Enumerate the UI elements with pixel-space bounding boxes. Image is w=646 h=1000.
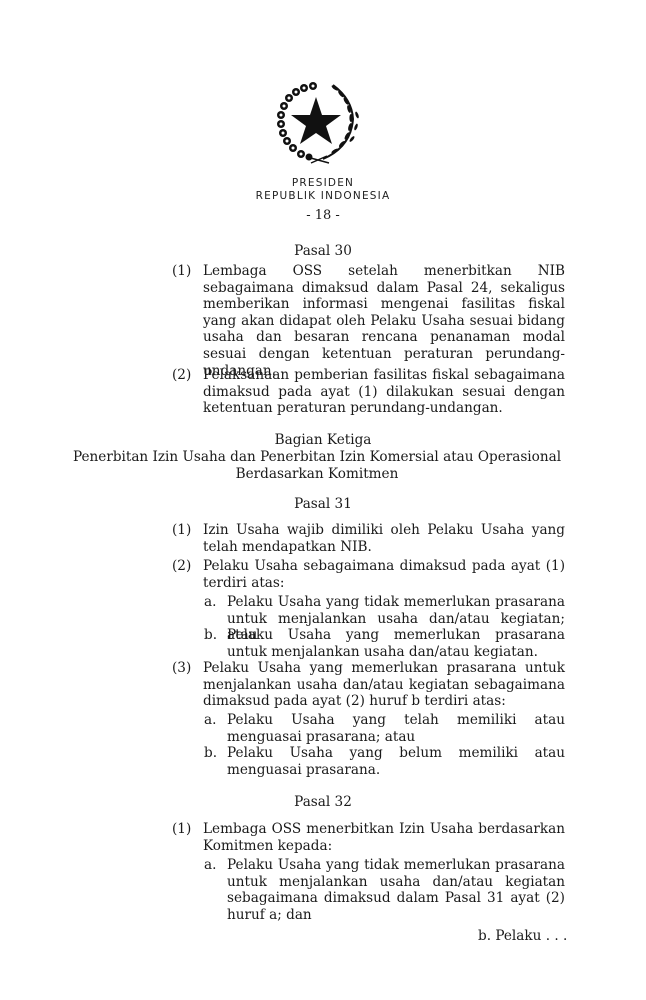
pasal-31-ayat-3-item-b-text: Pelaku Usaha yang belum memiliki atau me… (227, 745, 565, 778)
pasal-31-ayat-1-number: (1) (172, 522, 191, 538)
pasal-30-title: Pasal 30 (0, 243, 646, 259)
pasal-31-ayat-3-item-a-label: a. (204, 712, 216, 728)
pasal-31-ayat-3-number: (3) (172, 660, 191, 676)
pasal-32-ayat-1-text: Lembaga OSS menerbitkan Izin Usaha berda… (203, 821, 565, 854)
pasal-30-ayat-2-number: (2) (172, 367, 191, 383)
pasal-30-ayat-1-number: (1) (172, 263, 191, 279)
pasal-31-title: Pasal 31 (0, 496, 646, 512)
pasal-31-ayat-2-item-b-label: b. (204, 627, 217, 643)
pasal-31-ayat-2-item-b-text: Pelaku Usaha yang memerlukan prasarana u… (227, 627, 565, 660)
pasal-31-ayat-2-text: Pelaku Usaha sebagaimana dimaksud pada a… (203, 558, 565, 591)
pasal-32-ayat-1-item-a-label: a. (204, 857, 216, 873)
pasal-30-ayat-2-text: Pelaksanaan pemberian fasilitas fiskal s… (203, 367, 565, 417)
page-continuation: b. Pelaku . . . (478, 928, 567, 944)
header-presiden: PRESIDEN (0, 177, 646, 189)
bagian-subtitle-line2: Berdasarkan Komitmen (0, 466, 640, 482)
pasal-31-ayat-3-item-a-text: Pelaku Usaha yang telah memiliki atau me… (227, 712, 565, 745)
pasal-32-ayat-1-item-a-text: Pelaku Usaha yang tidak memerlukan prasa… (227, 857, 565, 923)
pasal-31-ayat-1-text: Izin Usaha wajib dimiliki oleh Pelaku Us… (203, 522, 565, 555)
pasal-32-title: Pasal 32 (0, 794, 646, 810)
pasal-31-ayat-2-number: (2) (172, 558, 191, 574)
garuda-emblem-icon (271, 77, 361, 167)
pasal-32-ayat-1-number: (1) (172, 821, 191, 837)
pasal-30-ayat-1-text: Lembaga OSS setelah menerbitkan NIB seba… (203, 263, 565, 379)
bagian-subtitle-line1: Penerbitan Izin Usaha dan Penerbitan Izi… (0, 449, 640, 465)
pasal-31-ayat-3-text: Pelaku Usaha yang memerlukan prasarana u… (203, 660, 565, 710)
header-republik-indonesia: REPUBLIK INDONESIA (0, 190, 646, 202)
pasal-31-ayat-3-item-b-label: b. (204, 745, 217, 761)
pasal-31-ayat-2-item-a-label: a. (204, 594, 216, 610)
page-number: - 18 - (0, 208, 646, 223)
bagian-title: Bagian Ketiga (0, 432, 646, 448)
